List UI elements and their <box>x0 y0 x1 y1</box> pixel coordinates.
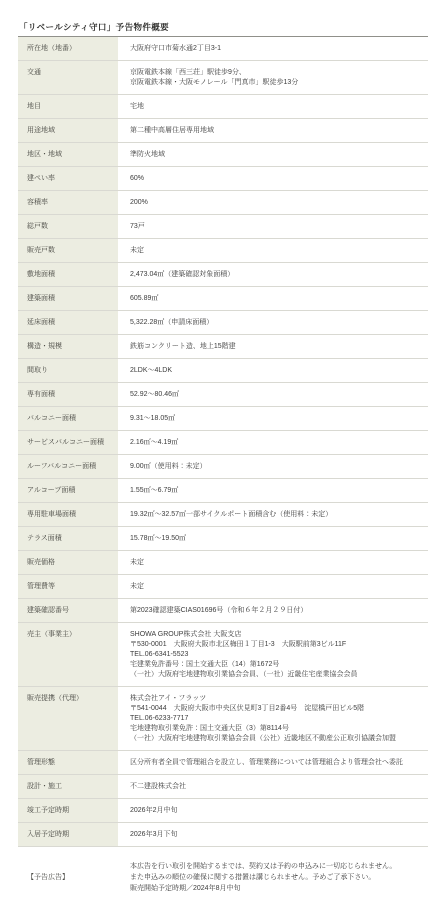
table-row: 敷地面積2,473.04㎡（建築確認対象面積） <box>18 263 428 287</box>
row-label: 管理形態 <box>18 751 118 774</box>
table-row: 販売提携（代理）株式会社アイ・フラッツ 〒541-0044 大阪府大阪市中央区伏… <box>18 687 428 751</box>
table-row: サービスバルコニー面積2.16㎡〜4.19㎡ <box>18 431 428 455</box>
row-label: 交通 <box>18 61 118 94</box>
row-value: 未定 <box>118 239 428 262</box>
table-row: テラス面積15.78㎡〜19.50㎡ <box>18 527 428 551</box>
row-label: バルコニー面積 <box>18 407 118 430</box>
row-label: 建築面積 <box>18 287 118 310</box>
table-row: 建築確認番号第2023確認建築CIAS01696号（令和６年２月２９日付） <box>18 599 428 623</box>
row-value: 52.92〜80.46㎡ <box>118 383 428 406</box>
row-label: テラス面積 <box>18 527 118 550</box>
row-value: 2026年2月中旬 <box>118 799 428 822</box>
table-row: 構造・規模鉄筋コンクリート造、地上15階建 <box>18 335 428 359</box>
row-value: 不二建設株式会社 <box>118 775 428 798</box>
row-value: 第二種中高層住居専用地域 <box>118 119 428 142</box>
row-label: 構造・規模 <box>18 335 118 358</box>
row-label: 販売価格 <box>18 551 118 574</box>
table-row: 建ぺい率60% <box>18 167 428 191</box>
row-label: 竣工予定時期 <box>18 799 118 822</box>
row-value: 大阪府守口市菊水通2丁目3-1 <box>118 37 428 60</box>
row-value: 15.78㎡〜19.50㎡ <box>118 527 428 550</box>
row-value: 未定 <box>118 575 428 598</box>
row-value: 605.89㎡ <box>118 287 428 310</box>
property-table: 所在地（地番）大阪府守口市菊水通2丁目3-1交通京阪電鉄本線「西三荘」駅徒歩9分… <box>18 37 428 847</box>
table-row: 管理形態区分所有者全員で管理組合を設立し、管理業務については管理組合より管理会社… <box>18 751 428 775</box>
table-row: 販売価格未定 <box>18 551 428 575</box>
row-label: 延床面積 <box>18 311 118 334</box>
row-value: 区分所有者全員で管理組合を設立し、管理業務については管理組合より管理会社へ委託 <box>118 751 428 774</box>
row-value: 宅地 <box>118 95 428 118</box>
table-row: 入居予定時期2026年3月下旬 <box>18 823 428 847</box>
table-row: 所在地（地番）大阪府守口市菊水通2丁目3-1 <box>18 37 428 61</box>
table-row: ルーフバルコニー面積9.00㎡（使用料：未定） <box>18 455 428 479</box>
notice-text: 本広告を行い取引を開始するまでは、契約又は予約の申込みに一切応じられません。 ま… <box>118 861 428 894</box>
row-label: 建築確認番号 <box>18 599 118 622</box>
table-row: 間取り2LDK〜4LDK <box>18 359 428 383</box>
row-label: サービスバルコニー面積 <box>18 431 118 454</box>
table-row: 竣工予定時期2026年2月中旬 <box>18 799 428 823</box>
row-label: 設計・施工 <box>18 775 118 798</box>
row-value: 2LDK〜4LDK <box>118 359 428 382</box>
row-label: 所在地（地番） <box>18 37 118 60</box>
row-value: 200% <box>118 191 428 214</box>
row-label: 敷地面積 <box>18 263 118 286</box>
row-value: 第2023確認建築CIAS01696号（令和６年２月２９日付） <box>118 599 428 622</box>
row-label: 地区・地域 <box>18 143 118 166</box>
row-label: 売主（事業主） <box>18 623 118 686</box>
row-value: 2.16㎡〜4.19㎡ <box>118 431 428 454</box>
table-row: 地目宅地 <box>18 95 428 119</box>
table-row: 建築面積605.89㎡ <box>18 287 428 311</box>
row-value: 京阪電鉄本線「西三荘」駅徒歩9分、 京阪電鉄本線・大阪モノレール「門真市」駅徒歩… <box>118 61 428 94</box>
row-value: 9.31〜18.05㎡ <box>118 407 428 430</box>
table-row: バルコニー面積9.31〜18.05㎡ <box>18 407 428 431</box>
row-value: 9.00㎡（使用料：未定） <box>118 455 428 478</box>
row-label: 間取り <box>18 359 118 382</box>
row-label: 管理費等 <box>18 575 118 598</box>
row-value: 2026年3月下旬 <box>118 823 428 846</box>
table-row: 地区・地域準防火地域 <box>18 143 428 167</box>
row-label: 地目 <box>18 95 118 118</box>
table-row: 容積率200% <box>18 191 428 215</box>
row-label: 入居予定時期 <box>18 823 118 846</box>
property-overview-page: 「リベールシティ守口」予告物件概要 所在地（地番）大阪府守口市菊水通2丁目3-1… <box>0 0 441 900</box>
row-label: ルーフバルコニー面積 <box>18 455 118 478</box>
table-row: 総戸数73戸 <box>18 215 428 239</box>
table-row: 販売戸数未定 <box>18 239 428 263</box>
row-value: SHOWA GROUP株式会社 大阪支店 〒530-0001 大阪府大阪市北区梅… <box>118 623 428 686</box>
row-label: 専用駐車場面積 <box>18 503 118 526</box>
row-label: 建ぺい率 <box>18 167 118 190</box>
table-row: 交通京阪電鉄本線「西三荘」駅徒歩9分、 京阪電鉄本線・大阪モノレール「門真市」駅… <box>18 61 428 95</box>
table-row: 用途地域第二種中高層住居専用地域 <box>18 119 428 143</box>
table-row: アルコーブ面積1.55㎡〜6.79㎡ <box>18 479 428 503</box>
table-row: 延床面積5,322.28㎡（申請床面積） <box>18 311 428 335</box>
row-value: 準防火地域 <box>118 143 428 166</box>
row-value: 73戸 <box>118 215 428 238</box>
page-title: 「リベールシティ守口」予告物件概要 <box>18 22 428 37</box>
row-label: 販売戸数 <box>18 239 118 262</box>
row-value: 未定 <box>118 551 428 574</box>
table-row: 管理費等未定 <box>18 575 428 599</box>
table-row: 専有面積52.92〜80.46㎡ <box>18 383 428 407</box>
preview-ad-notice: 【予告広告】 本広告を行い取引を開始するまでは、契約又は予約の申込みに一切応じら… <box>18 861 428 894</box>
row-value: 60% <box>118 167 428 190</box>
row-label: アルコーブ面積 <box>18 479 118 502</box>
row-label: 容積率 <box>18 191 118 214</box>
row-value: 1.55㎡〜6.79㎡ <box>118 479 428 502</box>
table-row: 専用駐車場面積19.32㎡〜32.57㎡一部サイクルポート面積含む（使用料：未定… <box>18 503 428 527</box>
row-value: 5,322.28㎡（申請床面積） <box>118 311 428 334</box>
table-row: 売主（事業主）SHOWA GROUP株式会社 大阪支店 〒530-0001 大阪… <box>18 623 428 687</box>
row-label: 販売提携（代理） <box>18 687 118 750</box>
notice-label: 【予告広告】 <box>18 872 118 883</box>
row-label: 用途地域 <box>18 119 118 142</box>
row-value: 株式会社アイ・フラッツ 〒541-0044 大阪府大阪市中央区伏見町3丁目2番4… <box>118 687 428 750</box>
row-value: 2,473.04㎡（建築確認対象面積） <box>118 263 428 286</box>
row-label: 総戸数 <box>18 215 118 238</box>
row-value: 19.32㎡〜32.57㎡一部サイクルポート面積含む（使用料：未定） <box>118 503 428 526</box>
table-row: 設計・施工不二建設株式会社 <box>18 775 428 799</box>
row-label: 専有面積 <box>18 383 118 406</box>
row-value: 鉄筋コンクリート造、地上15階建 <box>118 335 428 358</box>
